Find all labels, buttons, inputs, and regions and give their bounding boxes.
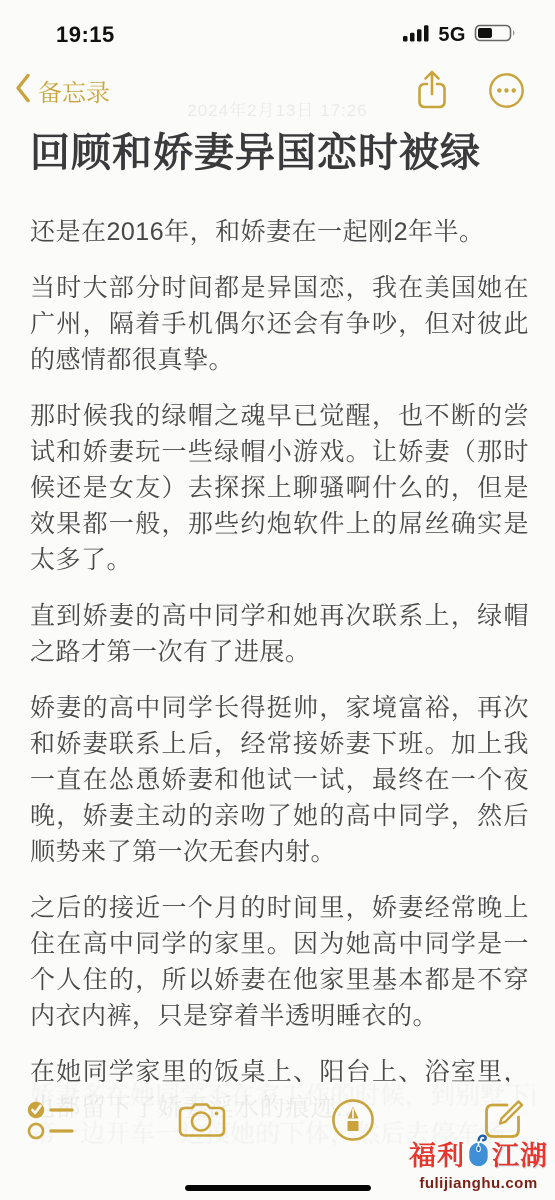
battery-icon: [474, 23, 517, 48]
watermark-brand-left: 福利: [409, 1134, 465, 1173]
note-paragraph: 还是在2016年，和娇妻在一起刚2年半。: [30, 214, 529, 250]
site-watermark: 福利 江湖 fulijianghu.com: [409, 1133, 548, 1192]
markup-button[interactable]: [328, 1096, 378, 1144]
cellular-signal-icon: [403, 24, 430, 47]
note-paragraph: 之后的接近一个月的时间里，娇妻经常晚上住在高中同学的家里。因为她高中同学是一个人…: [30, 890, 529, 1034]
note-paragraph: 当时大部分时间都是异国恋，我在美国她在广州，隔着手机偶尔还会有争吵，但对彼此的感…: [30, 270, 529, 378]
status-bar: 19:15 5G: [0, 0, 555, 58]
bottom-toolbar: 娇妻多在她同学不在家工作的时候，到别墅下面 第一边开车一边摸她的下体，然后去停车…: [0, 1082, 555, 1200]
note-paragraphs: 还是在2016年，和娇妻在一起刚2年半。当时大部分时间都是异国恋，我在美国她在广…: [30, 214, 529, 1126]
camera-button[interactable]: [177, 1096, 227, 1144]
note-paragraph: 那时候我的绿帽之魂早已觉醒，也不断的尝试和娇妻玩一些绿帽小游戏。让娇妻（那时候还…: [30, 398, 529, 578]
checklist-button[interactable]: [26, 1096, 76, 1144]
note-editor[interactable]: 回顾和娇妻异国恋时被绿 还是在2016年，和娇妻在一起刚2年半。当时大部分时间都…: [0, 118, 555, 1126]
home-indicator[interactable]: [185, 1185, 371, 1191]
note-title: 回顾和娇妻异国恋时被绿: [30, 128, 529, 178]
note-paragraph: 娇妻的高中同学长得挺帅，家境富裕，再次和娇妻联系上后，经常接娇妻下班。加上我一直…: [30, 690, 529, 870]
watermark-brand-right: 江湖: [492, 1134, 548, 1173]
note-paragraph: 直到娇妻的高中同学和她再次联系上，绿帽之路才第一次有了进展。: [30, 598, 529, 670]
network-type-label: 5G: [438, 24, 466, 47]
watermark-domain: fulijianghu.com: [409, 1175, 548, 1192]
notes-app-screen: 19:15 5G: [0, 0, 555, 1200]
clock: 19:15: [56, 22, 115, 48]
mouse-icon: [466, 1133, 491, 1174]
